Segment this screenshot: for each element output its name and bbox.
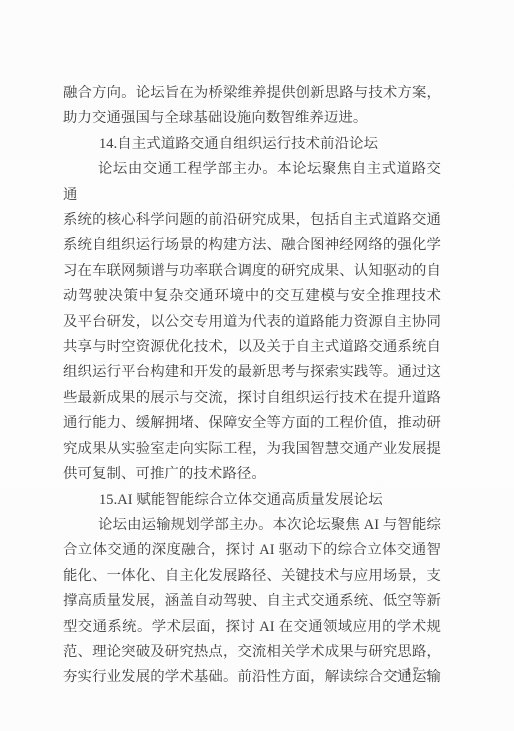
page-number: – 17 –	[394, 666, 432, 678]
text-line: 合立体交通的深度融合，探讨 AI 驱动下的综合立体交通智	[63, 538, 441, 563]
text-line: 组织运行平台构建和开发的最新思考与探索实践等。通过这	[63, 360, 441, 385]
document-body: 融合方向。论坛旨在为桥梁维养提供创新思路与技术方案， 助力交通强国与全球基础设施…	[63, 81, 441, 691]
section-heading-14: 14.自主式道路交通自组织运行技术前沿论坛	[63, 132, 441, 157]
text-line: 助力交通强国与全球基础设施向数智维养迈进。	[63, 106, 441, 131]
document-page: 融合方向。论坛旨在为桥梁维养提供创新思路与技术方案， 助力交通强国与全球基础设施…	[0, 0, 514, 731]
text-line: 些最新成果的展示与交流，探讨自组织运行技术在提升道路	[63, 386, 441, 411]
text-line: 论坛由运输规划学部主办。本次论坛聚焦 AI 与智能综	[63, 513, 441, 538]
text-line: 范、理论突破及研究热点，交流相关学术成果与研究思路，	[63, 640, 441, 665]
text-line: 供可复制、可推广的技术路径。	[63, 462, 441, 487]
text-line: 究成果从实验室走向实际工程，为我国智慧交通产业发展提	[63, 437, 441, 462]
text-line: 撑高质量发展，涵盖自动驾驶、自主式交通系统、低空等新	[63, 589, 441, 614]
text-line: 论坛由交通工程学部主办。本论坛聚焦自主式道路交通	[63, 157, 441, 208]
text-line: 夯实行业发展的学术基础。前沿性方面，解读综合交通运输	[63, 665, 441, 690]
text-line: 能化、一体化、自主化发展路径、关键技术与应用场景，支	[63, 564, 441, 589]
text-line: 融合方向。论坛旨在为桥梁维养提供创新思路与技术方案，	[63, 81, 441, 106]
text-line: 及平台研发，以公交专用道为代表的道路能力资源自主协同	[63, 310, 441, 335]
text-line: 系统的核心科学问题的前沿研究成果，包括自主式道路交通	[63, 208, 441, 233]
text-line: 习在车联网频谱与功率联合调度的研究成果、认知驱动的自	[63, 259, 441, 284]
text-line: 通行能力、缓解拥堵、保障安全等方面的工程价值，推动研	[63, 411, 441, 436]
text-line: 系统自组织运行场景的构建方法、融合图神经网络的强化学	[63, 233, 441, 258]
text-line: 共享与时空资源优化技术，以及关于自主式道路交通系统自	[63, 335, 441, 360]
text-line: 动驾驶决策中复杂交通环境中的交互建模与安全推理技术	[63, 284, 441, 309]
section-heading-15: 15.AI 赋能智能综合立体交通高质量发展论坛	[63, 488, 441, 513]
text-line: 型交通系统。学术层面，探讨 AI 在交通领域应用的学术规	[63, 615, 441, 640]
